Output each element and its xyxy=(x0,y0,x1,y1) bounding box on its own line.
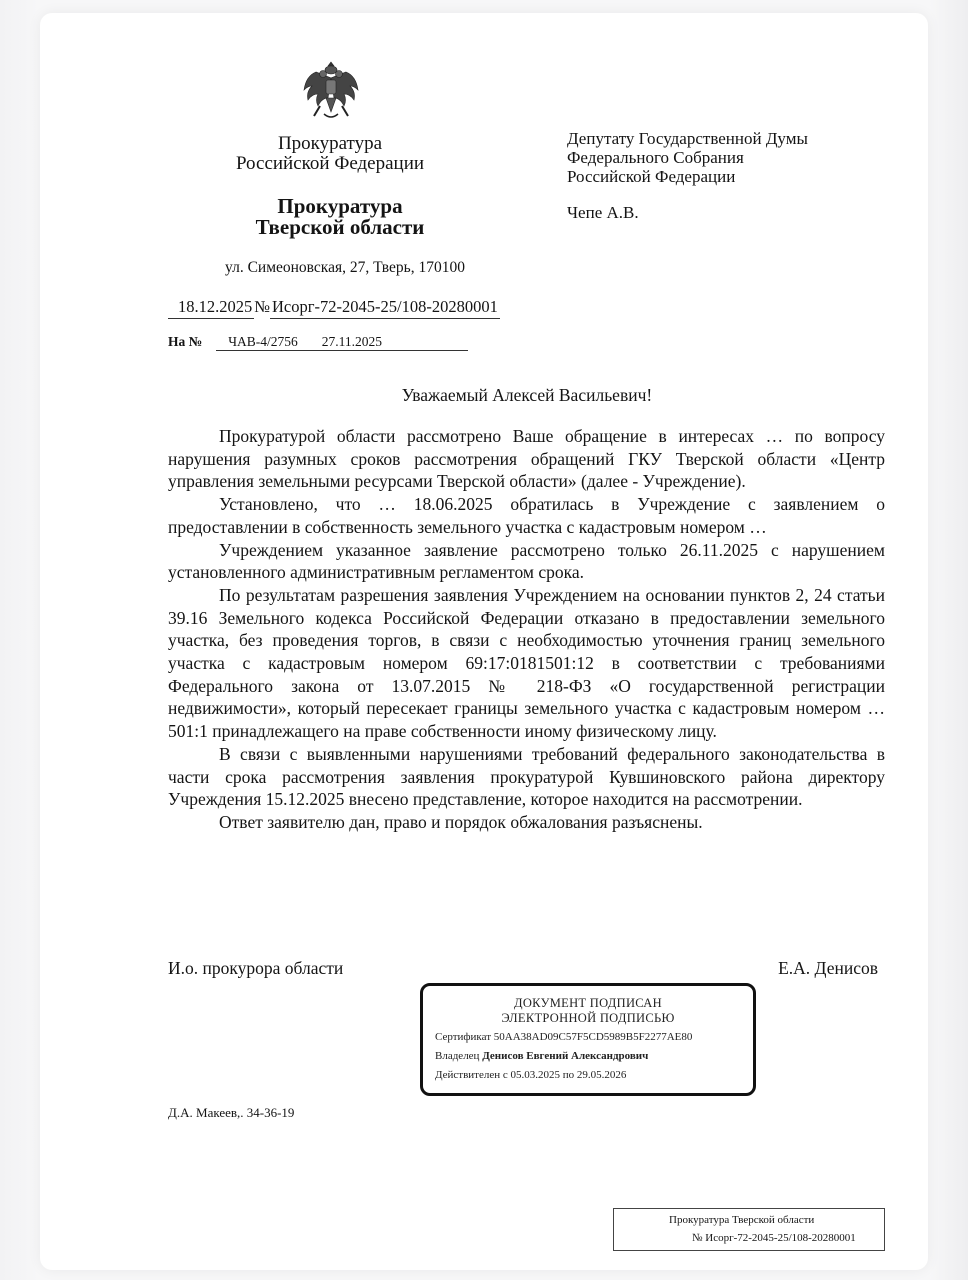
stamp-org: Прокуратура Тверской области xyxy=(669,1214,814,1226)
org-name-line1: Прокуратура xyxy=(160,134,500,154)
office-name-line2: Тверской области xyxy=(160,216,520,238)
registration-number: Исорг-72-2045-25/108-20280001 xyxy=(270,297,500,319)
recipient-name: Чепе А.В. xyxy=(567,203,808,222)
coat-of-arms-icon xyxy=(296,58,366,124)
stamp-number: № Исорг-72-2045-25/108-20280001 xyxy=(692,1232,856,1244)
esig-owner: Владелец Денисов Евгений Александрович xyxy=(435,1048,741,1064)
recipient-line3: Российской Федерации xyxy=(567,167,808,186)
registration-line: 18.12.2025№Исорг-72-2045-25/108-20280001 xyxy=(168,297,500,319)
recipient-line1: Депутату Государственной Думы xyxy=(567,129,808,148)
office-name-line1: Прокуратура xyxy=(160,195,520,217)
body-paragraph-4: По результатам разрешения заявления Учре… xyxy=(168,584,885,743)
signer-position: И.о. прокурора области xyxy=(168,958,343,979)
recipient-line2: Федерального Собрания xyxy=(567,148,808,167)
number-sign: № xyxy=(254,297,270,316)
body-paragraph-3: Учреждением указанное заявление рассмотр… xyxy=(168,539,885,584)
reply-number: ЧАВ-4/2756 xyxy=(228,334,298,349)
recipient-block: Депутату Государственной Думы Федерально… xyxy=(567,129,808,222)
reply-reference: На №ЧАВ-4/275627.11.2025 xyxy=(168,334,468,351)
salutation: Уважаемый Алексей Васильевич! xyxy=(168,385,886,406)
electronic-signature-stamp: ДОКУМЕНТ ПОДПИСАН ЭЛЕКТРОННОЙ ПОДПИСЬЮ С… xyxy=(420,983,756,1096)
office-address: ул. Симеоновская, 27, Тверь, 170100 xyxy=(160,259,530,277)
executor-contact: Д.А. Макеев,. 34-36-19 xyxy=(168,1105,294,1121)
reply-label: На № xyxy=(168,334,202,349)
esig-title-line2: ЭЛЕКТРОННОЙ ПОДПИСЬЮ xyxy=(435,1011,741,1026)
reply-date: 27.11.2025 xyxy=(322,334,382,349)
registration-stamp: Прокуратура Тверской области № Исорг-72-… xyxy=(613,1208,885,1251)
letter-body: Прокуратурой области рассмотрено Ваше об… xyxy=(168,425,885,834)
esig-title-line1: ДОКУМЕНТ ПОДПИСАН xyxy=(435,996,741,1011)
org-name-line2: Российской Федерации xyxy=(160,154,500,174)
esig-validity: Действителен с 05.03.2025 по 29.05.2026 xyxy=(435,1067,741,1083)
body-paragraph-2: Установлено, что … 18.06.2025 обратилась… xyxy=(168,493,885,538)
signature-row: И.о. прокурора области Е.А. Денисов xyxy=(168,958,878,979)
signer-name: Е.А. Денисов xyxy=(778,958,878,979)
body-paragraph-5: В связи с выявленными нарушениями требов… xyxy=(168,743,885,811)
registration-date: 18.12.2025 xyxy=(168,297,254,319)
body-paragraph-1: Прокуратурой области рассмотрено Ваше об… xyxy=(168,425,885,493)
body-paragraph-6: Ответ заявителю дан, право и порядок обж… xyxy=(168,811,885,834)
esig-certificate: Сертификат 50AA38AD09C57F5CD5989B5F2277A… xyxy=(435,1029,741,1045)
